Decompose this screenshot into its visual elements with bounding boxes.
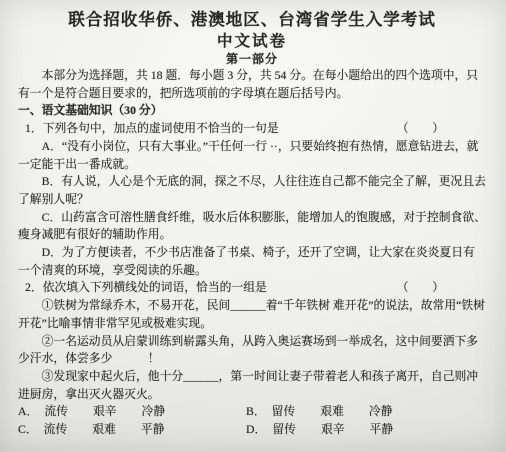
question-1-option-b: B．有人说，人心是个无底的洞，探之不尽，人往往连自己都不能完全了解，更况且去了解… (18, 173, 486, 208)
choice-d-label: D． (246, 422, 266, 436)
choice-a-word-3: 冷静 (142, 404, 166, 418)
question-1-answer-bracket: （ ） (397, 120, 444, 138)
choice-d-word-2: 艰辛 (321, 422, 345, 436)
question-2-answer-bracket: （ ） (397, 279, 444, 297)
question-1-option-c: C．山药富含可溶性膳食纤维，吸水后体积膨胀，能增加人的饱腹感，对于控制食欲、瘦身… (18, 209, 486, 244)
choice-a-word-1: 流传 (44, 404, 68, 418)
question-2-choices: A．流传艰辛冷静 B．留传艰难冷静 C．流传艰难平静 D．留传艰辛平静 (18, 403, 486, 438)
part-heading: 第一部分 (18, 52, 486, 67)
question-2-stem: 2．依次填入下列横线处的词语，恰当的一组是 (18, 279, 267, 297)
question-1-option-d: D．为了方便读者，不少书店准备了书桌、椅子，还开了空调，让大家在炎炎夏日有一个清… (18, 244, 486, 279)
choice-b-word-2: 艰难 (320, 404, 344, 418)
exam-title: 联合招收华侨、港澳地区、台湾省学生入学考试 (18, 8, 486, 32)
section-1-heading: 一、语文基础知识（30 分） (18, 102, 486, 120)
choice-c-label: C． (18, 422, 38, 436)
question-1-row: 1．下列各句中，加点的虚词使用不恰当的一句是 （ ） (18, 120, 486, 138)
choice-b-word-3: 冷静 (369, 404, 393, 418)
question-1-option-a: A．“没有小岗位，只有大事业。”干任何一行 ··，只要始终抱有热情，愿意钻进去，… (18, 138, 486, 173)
choice-b: B．留传艰难冷静 (246, 403, 486, 421)
choice-b-word-1: 留传 (272, 404, 296, 418)
choice-c-word-1: 流传 (44, 422, 68, 436)
question-2-item-2: ②一名运动员从启蒙训练到崭露头角，从跨入奥运赛场到一举成名，这中间要洒下多少汗水… (18, 333, 486, 368)
choice-d-word-1: 留传 (272, 422, 296, 436)
instructions-paragraph: 本部分为选择题，共 18 题．每小题 3 分，共 54 分。在每小题给出的四个选… (18, 67, 486, 102)
choice-c: C．流传艰难平静 (18, 421, 246, 439)
choice-c-word-3: 平静 (141, 422, 165, 436)
choice-d-word-3: 平静 (370, 422, 394, 436)
paper-title: 中文试卷 (18, 32, 486, 52)
choice-a-label: A． (18, 404, 38, 418)
choice-b-label: B． (246, 404, 266, 418)
question-2-item-1: ①铁树为常绿乔木，不易开花，民间______着“千年铁树 难开花”的说法，故常用… (18, 297, 486, 332)
exam-page: 联合招收华侨、港澳地区、台湾省学生入学考试 中文试卷 第一部分 本部分为选择题，… (0, 0, 506, 452)
choice-d: D．留传艰辛平静 (246, 421, 486, 439)
question-1-stem: 1．下列各句中，加点的虚词使用不恰当的一句是 (18, 120, 279, 138)
question-2-row: 2．依次填入下列横线处的词语，恰当的一组是 （ ） (18, 279, 486, 297)
choice-c-word-2: 艰难 (92, 422, 116, 436)
question-2-item-3: ③发现家中起火后，他十分______，第一时间让妻子带着老人和孩子离开，自己则冲… (18, 368, 486, 403)
choice-a-word-2: 艰辛 (93, 404, 117, 418)
choice-a: A．流传艰辛冷静 (18, 403, 246, 421)
